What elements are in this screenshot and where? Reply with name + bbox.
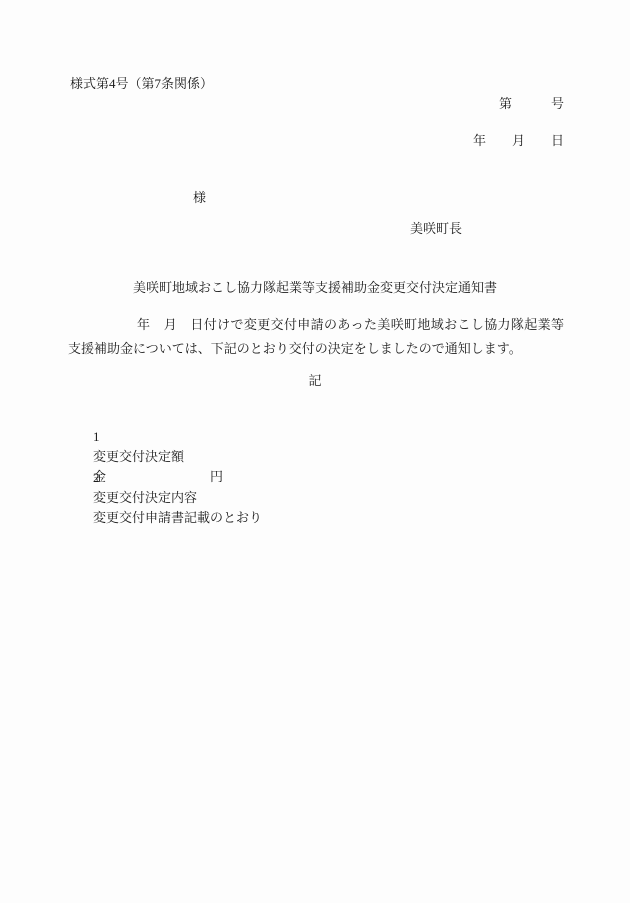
document-title: 美咲町地域おこし協力隊起業等支援補助金変更交付決定通知書 [0,278,630,298]
date-line: 年 月 日 [473,131,564,151]
form-number: 様式第4号（第7条関係） [70,74,213,94]
item-row-2: 2 変更交付決定内容 変更交付申請書記載のとおり [80,448,262,548]
document-number-line: 第 号 [499,94,564,114]
item-1-number: 1 [93,427,110,447]
item-2-label: 変更交付決定内容 [93,488,214,508]
document-page: 様式第4号（第7条関係） 第 号 年 月 日 様 美咲町長 美咲町地域おこし協力… [0,0,630,903]
item-2-number: 2 [93,468,110,488]
body-paragraph: 年 月 日付けで変更交付申請のあった美咲町地域おこし協力隊起業等支援補助金につい… [68,313,564,361]
item-2-value: 変更交付申請書記載のとおり [93,510,262,525]
sender-line: 美咲町長 [410,219,462,239]
addressee-line: 様 [193,188,206,208]
ki-marker: 記 [0,371,630,391]
